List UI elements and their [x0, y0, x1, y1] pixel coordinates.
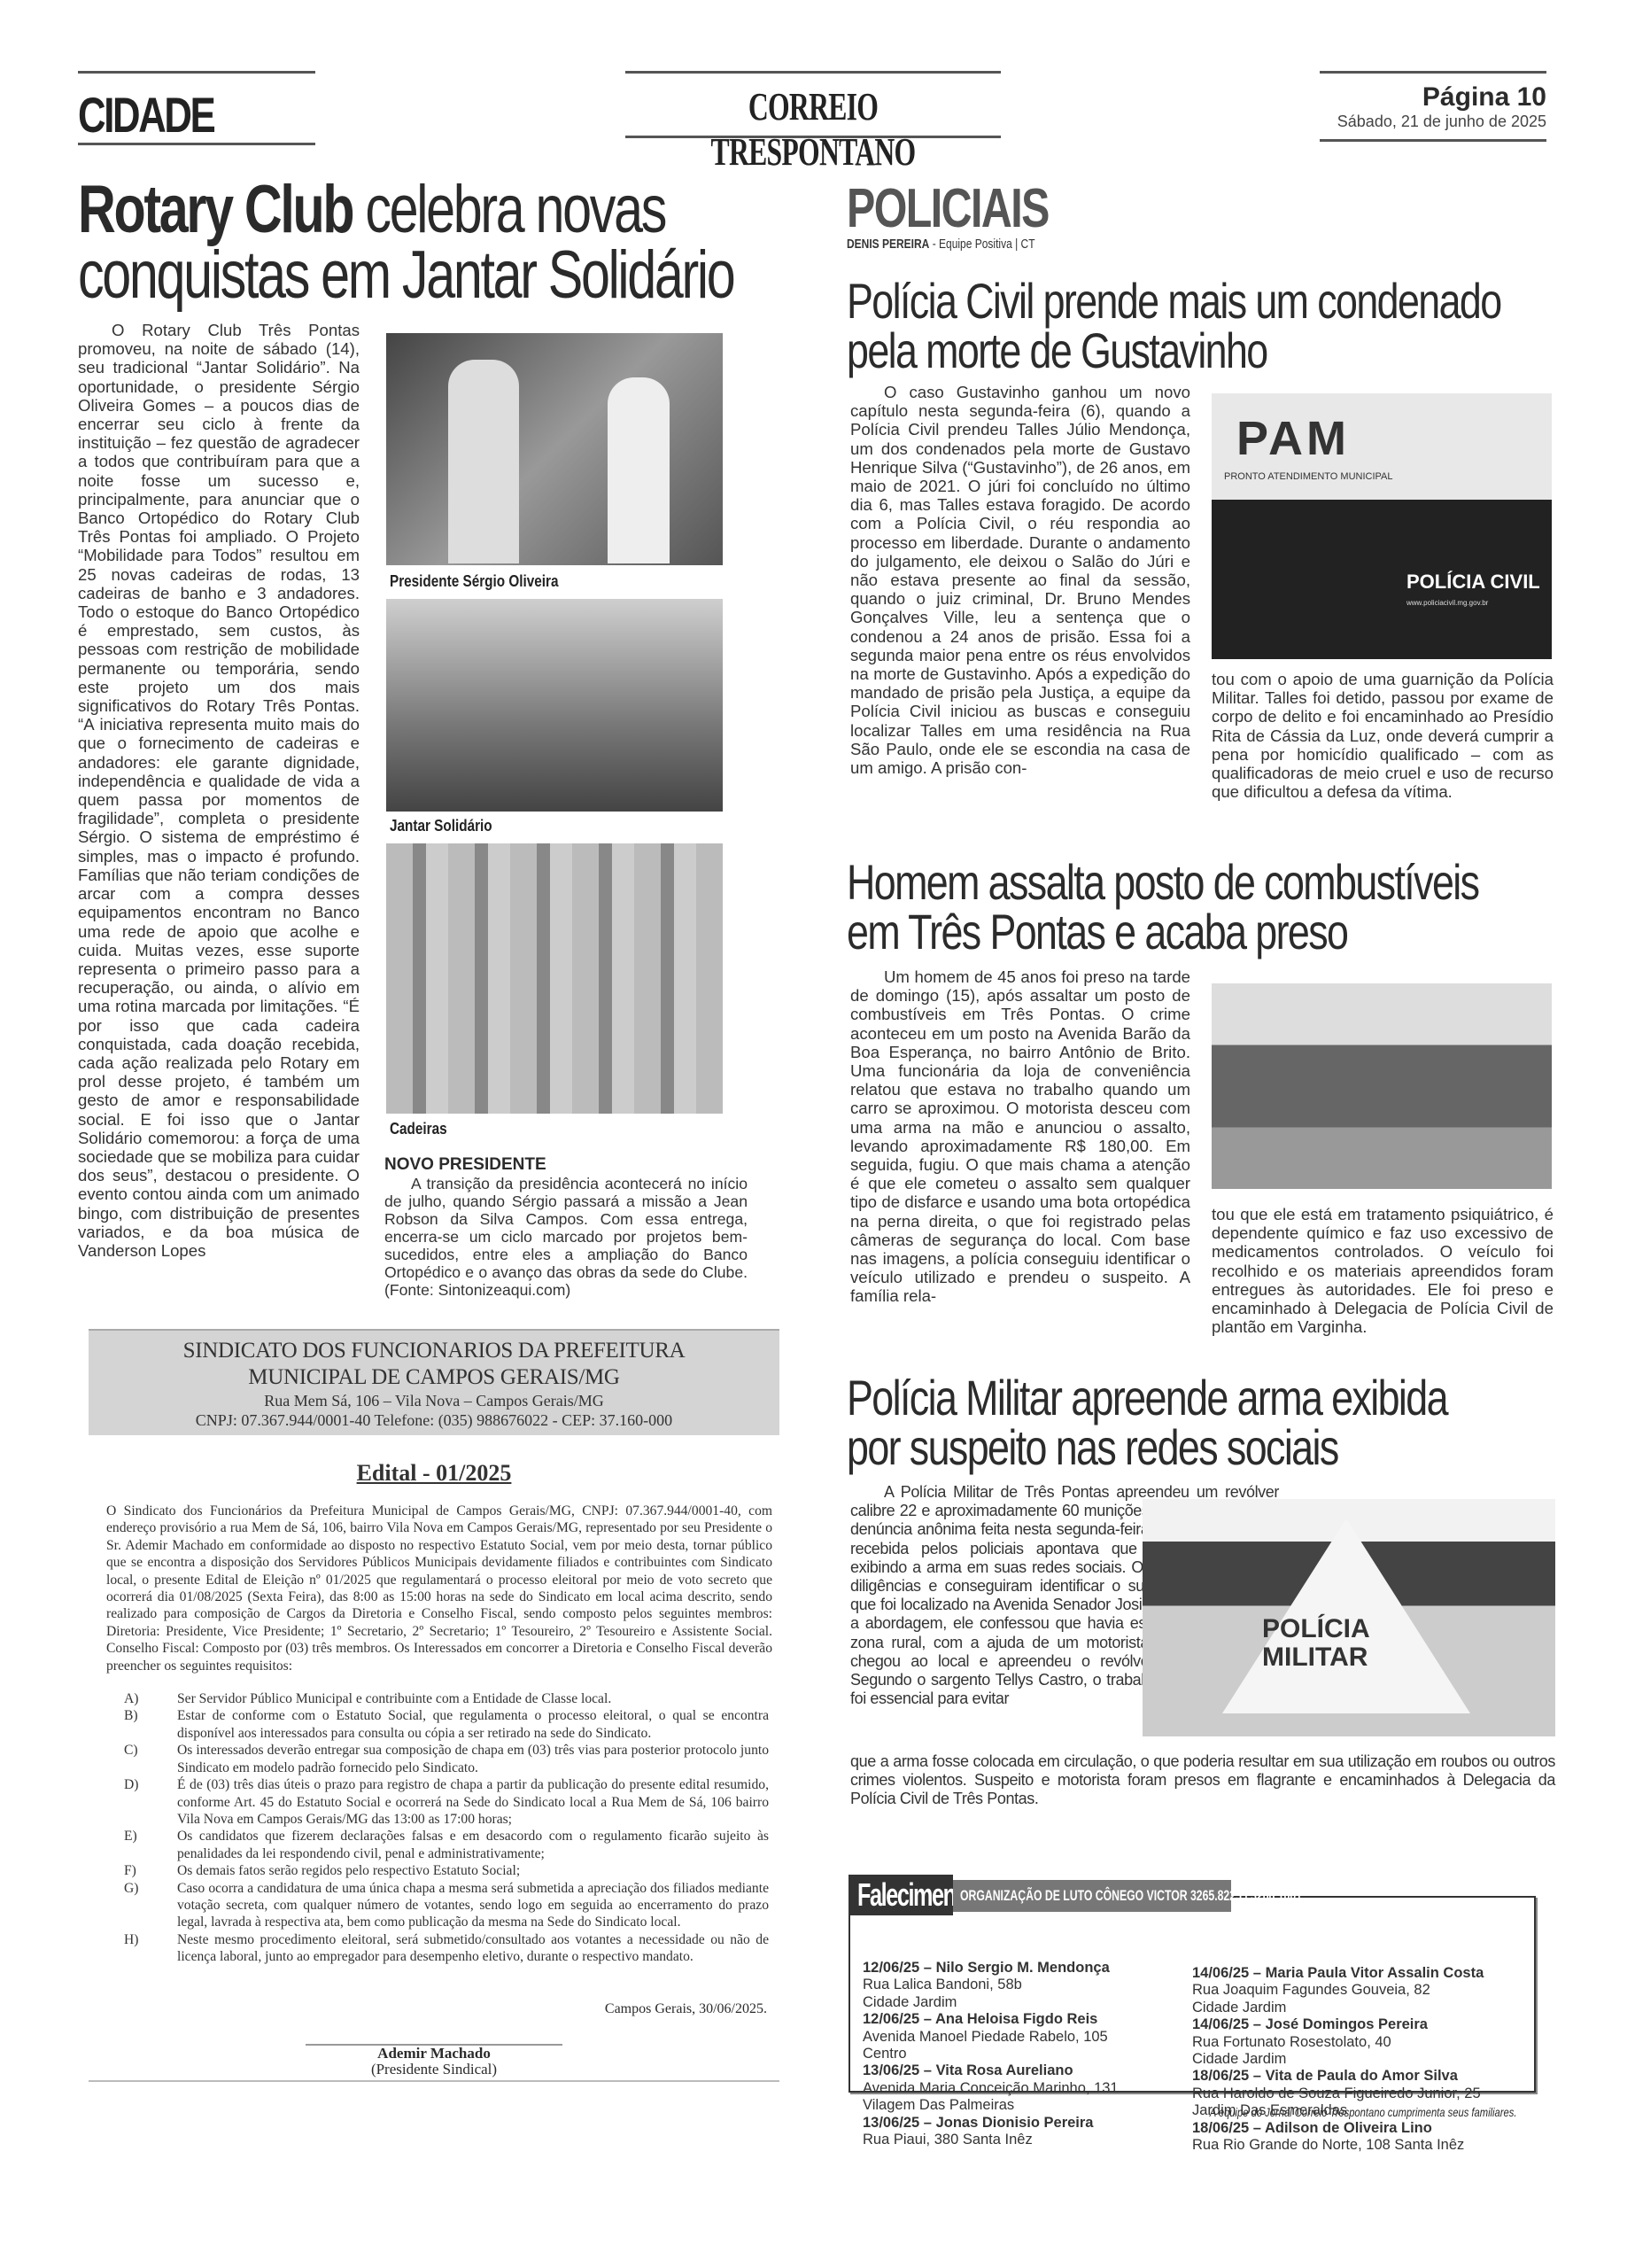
- obituary-name: 13/06/25 – Vita Rosa Aureliano: [863, 2062, 1073, 2078]
- person-figure: [608, 377, 670, 563]
- place-date: Campos Gerais, 30/06/2025.: [89, 2001, 767, 2017]
- obituary-entry: 13/06/25 – Vita Rosa AurelianoAvenida Ma…: [863, 2062, 1119, 2114]
- article2-body-part2: tou que ele está em tratamento psiquiátr…: [1212, 1205, 1554, 1336]
- notice-header: SINDICATO DOS FUNCIONARIOS DA PREFEITURA…: [89, 1329, 779, 1435]
- headline-line2: pela morte de Gustavinho: [847, 326, 1501, 376]
- headline-line2: por suspeito nas redes sociais: [847, 1423, 1447, 1472]
- obituary-name: 12/06/25 – Nilo Sergio M. Mendonça: [863, 1960, 1110, 1976]
- item-key: F): [124, 1862, 177, 1879]
- obituary-address: Avenida Manoel Piedade Rabelo, 105: [863, 2029, 1108, 2045]
- section-name: CIDADE: [78, 86, 213, 144]
- police-section-header: POLICIAIS DENIS PEREIRA - Equipe Positiv…: [847, 177, 1105, 252]
- obituary-area: Vilagem Das Palmeiras: [863, 2097, 1014, 2113]
- subsection-body: A transição da presidência acontecerá no…: [384, 1175, 748, 1299]
- obituary-area: Cidade Jardim: [1192, 2000, 1286, 2016]
- requirement-item: H)Neste mesmo procedimento eleitoral, se…: [124, 1931, 769, 1966]
- obituary-address: Avenida Maria Conceição Marinho, 131: [863, 2080, 1119, 2096]
- rotary-headline: Rotary Club celebra novas conquistas em …: [78, 177, 787, 308]
- requirements-list: A)Ser Servidor Público Municipal e contr…: [89, 1674, 779, 1966]
- section-title: POLICIAIS: [847, 177, 1049, 240]
- requirement-item: F)Os demais fatos serão regidos pelo res…: [124, 1862, 769, 1879]
- headline-line1: Polícia Civil prende mais um condenado: [847, 276, 1501, 326]
- byline-affiliation: - Equipe Positiva | CT: [929, 237, 1034, 252]
- article3-body-part2: que a arma fosse colocada em circulação,…: [850, 1752, 1555, 1809]
- item-text: Os candidatos que fizerem declarações fa…: [177, 1828, 769, 1862]
- obituary-entry: 13/06/25 – Jonas Dionisio PereiraRua Pia…: [863, 2115, 1119, 2149]
- item-key: D): [124, 1776, 177, 1828]
- obituary-entry: 14/06/25 – José Domingos PereiraRua Fort…: [1192, 2016, 1484, 2068]
- headline-line2: em Três Pontas e acaba preso: [847, 907, 1478, 957]
- headline-line2: conquistas em Jantar Solidário: [78, 243, 631, 308]
- pm-sign-text: MILITAR: [1262, 1643, 1368, 1673]
- requirement-item: B)Estar de conforme com o Estatuto Socia…: [124, 1707, 769, 1742]
- issue-date: Sábado, 21 de junho de 2025: [1320, 113, 1546, 131]
- photo-seized-gun: POLÍCIA MILITAR: [1143, 1499, 1555, 1736]
- obituaries-right-column: 14/06/25 – Maria Paula Vitor Assalin Cos…: [1192, 1965, 1484, 2154]
- obituary-entry: 14/06/25 – Maria Paula Vitor Assalin Cos…: [1192, 1965, 1484, 2016]
- obituaries-box: 12/06/25 – Nilo Sergio M. MendonçaRua La…: [848, 1875, 1536, 2052]
- headline-line1: Homem assalta posto de combustíveis: [847, 858, 1478, 907]
- obituaries-sponsor-tag: ORGANIZAÇÃO DE LUTO CÔNEGO VICTOR 3265.8…: [953, 1880, 1231, 1912]
- item-key: E): [124, 1828, 177, 1862]
- headline-bold: Rotary Club: [78, 172, 353, 247]
- photo-arrest: [1212, 983, 1552, 1189]
- org-contact: CNPJ: 07.367.944/0001-40 Telefone: (035)…: [89, 1410, 779, 1430]
- union-notice: SINDICATO DOS FUNCIONARIOS DA PREFEITURA…: [89, 1329, 779, 2082]
- signer-role: (Presidente Sindical): [306, 2062, 562, 2078]
- person-figure: [448, 360, 519, 563]
- headline-line1: Polícia Militar apreende arma exibida: [847, 1373, 1447, 1423]
- article1-body-part1: O caso Gustavinho ganhou um novo capítul…: [850, 383, 1190, 777]
- obituaries-sponsor: ORGANIZAÇÃO DE LUTO CÔNEGO VICTOR 3265.8…: [960, 1887, 1302, 1905]
- article1-body-part2: tou com o apoio de uma guarnição da Polí…: [1212, 670, 1554, 801]
- page-info: Página 10 Sábado, 21 de junho de 2025: [1320, 71, 1546, 142]
- photo-chairs: [386, 843, 723, 1114]
- signature-block: Ademir Machado (Presidente Sindical): [306, 2044, 562, 2078]
- rotary-body: O Rotary Club Três Pontas promoveu, na n…: [78, 321, 360, 1260]
- item-text: Ser Servidor Público Municipal e contrib…: [177, 1690, 611, 1707]
- article2-body-part1: Um homem de 45 anos foi preso na tarde d…: [850, 967, 1190, 1306]
- item-key: G): [124, 1880, 177, 1931]
- item-key: C): [124, 1742, 177, 1776]
- photo-caption: Jantar Solidário: [390, 817, 492, 835]
- requirement-item: A)Ser Servidor Público Municipal e contr…: [124, 1690, 769, 1707]
- new-president-section: NOVO PRESIDENTE A transição da presidênc…: [384, 1155, 748, 1299]
- masthead: CORREIO TRESPONTANO: [625, 71, 1001, 138]
- obituary-address: Rua Haroldo de Souza Figueiredo Junior, …: [1192, 2085, 1481, 2101]
- photo-caption: Presidente Sérgio Oliveira: [390, 572, 558, 591]
- item-text: Neste mesmo procedimento eleitoral, será…: [177, 1931, 769, 1966]
- obituary-area: Centro: [863, 2046, 907, 2062]
- headline-rest: celebra novas: [353, 172, 665, 247]
- obituary-name: 14/06/25 – José Domingos Pereira: [1192, 2016, 1428, 2032]
- requirement-item: C)Os interessados deverão entregar sua c…: [124, 1742, 769, 1776]
- obituary-area: Cidade Jardim: [1192, 2051, 1286, 2067]
- byline: DENIS PEREIRA - Equipe Positiva | CT: [847, 237, 1054, 252]
- obituary-address: Rua Joaquim Fagundes Gouveia, 82: [1192, 1982, 1430, 1998]
- pm-sign-text: POLÍCIA: [1262, 1614, 1370, 1644]
- article3-headline: Polícia Militar apreende arma exibida po…: [847, 1373, 1597, 1472]
- requirement-item: G)Caso ocorra a candidatura de uma única…: [124, 1880, 769, 1931]
- org-name-line2: MUNICIPAL DE CAMPOS GERAIS/MG: [89, 1364, 779, 1391]
- byline-name: DENIS PEREIRA: [847, 237, 929, 252]
- obituary-address: Rua Rio Grande do Norte, 108 Santa Inêz: [1192, 2137, 1464, 2153]
- org-name-line1: SINDICATO DOS FUNCIONARIOS DA PREFEITURA: [89, 1338, 779, 1364]
- obituary-area: Cidade Jardim: [863, 1994, 957, 2010]
- newspaper-name: CORREIO TRESPONTANO: [678, 84, 948, 175]
- subsection-title: NOVO PRESIDENTE: [384, 1155, 748, 1175]
- org-address: Rua Mem Sá, 106 – Vila Nova – Campos Ger…: [89, 1391, 779, 1410]
- notice-intro: O Sindicato dos Funcionários da Prefeitu…: [89, 1503, 779, 1674]
- item-text: Estar de conforme com o Estatuto Social,…: [177, 1707, 769, 1742]
- item-text: Os interessados deverão entregar sua com…: [177, 1742, 769, 1776]
- page-number: Página 10: [1320, 82, 1546, 113]
- photo-president: [386, 333, 723, 565]
- obituary-name: 18/06/25 – Adilson de Oliveira Lino: [1192, 2120, 1432, 2136]
- requirement-item: E)Os candidatos que fizerem declarações …: [124, 1828, 769, 1862]
- obituary-entry: 12/06/25 – Ana Heloisa Figdo ReisAvenida…: [863, 2011, 1119, 2062]
- obituaries-left-column: 12/06/25 – Nilo Sergio M. MendonçaRua La…: [863, 1960, 1119, 2148]
- obituary-address: Rua Fortunato Rosestolato, 40: [1192, 2034, 1391, 2050]
- obituary-entry: 12/06/25 – Nilo Sergio M. MendonçaRua La…: [863, 1960, 1119, 2011]
- section-label: CIDADE: [78, 71, 315, 145]
- car-decal: POLÍCIA CIVIL: [1406, 571, 1540, 594]
- obituary-name: 12/06/25 – Ana Heloisa Figdo Reis: [863, 2011, 1097, 2027]
- requirement-item: D)É de (03) três dias úteis o prazo para…: [124, 1776, 769, 1828]
- obituary-entry: 18/06/25 – Adilson de Oliveira LinoRua R…: [1192, 2120, 1484, 2155]
- obituary-name: 14/06/25 – Maria Paula Vitor Assalin Cos…: [1192, 1965, 1484, 1981]
- notice-title: Edital - 01/2025: [89, 1460, 779, 1487]
- photo-police-car: PAM PRONTO ATENDIMENTO MUNICIPAL POLÍCIA…: [1212, 393, 1552, 659]
- photo-dinner: [386, 599, 723, 812]
- pam-sign-subtitle: PRONTO ATENDIMENTO MUNICIPAL: [1224, 471, 1393, 482]
- obituaries-frame: 12/06/25 – Nilo Sergio M. MendonçaRua La…: [848, 1896, 1536, 2093]
- signer-name: Ademir Machado: [306, 2046, 562, 2062]
- article2-headline: Homem assalta posto de combustíveis em T…: [847, 858, 1635, 957]
- car-url: www.policiacivil.mg.gov.br: [1406, 599, 1488, 607]
- article1-headline: Polícia Civil prende mais um condenado p…: [847, 276, 1635, 376]
- item-key: B): [124, 1707, 177, 1742]
- pam-sign: PAM: [1236, 411, 1350, 466]
- obituary-name: 13/06/25 – Jonas Dionisio Pereira: [863, 2115, 1093, 2131]
- obituary-name: 18/06/25 – Vita de Paula do Amor Silva: [1192, 2068, 1458, 2084]
- obituaries-footer: A equipe do Jornal Correio Trespontano c…: [1209, 2105, 1516, 2119]
- item-text: Caso ocorra a candidatura de uma única c…: [177, 1880, 769, 1931]
- obituaries-title-tag: Falecimentos: [848, 1875, 953, 1915]
- obituary-address: Rua Piaui, 380 Santa Inêz: [863, 2132, 1033, 2148]
- item-text: Os demais fatos serão regidos pelo respe…: [177, 1862, 520, 1879]
- item-key: H): [124, 1931, 177, 1966]
- item-text: É de (03) três dias úteis o prazo para r…: [177, 1776, 769, 1828]
- obituary-address: Rua Lalica Bandoni, 58b: [863, 1977, 1022, 1992]
- photo-caption: Cadeiras: [390, 1120, 447, 1138]
- item-key: A): [124, 1690, 177, 1707]
